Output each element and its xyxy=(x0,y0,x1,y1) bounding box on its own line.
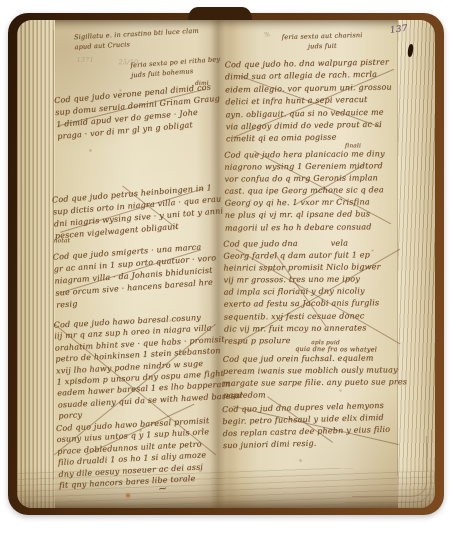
manuscript-photo: Sigillatu e. in crastino bti luce clamap… xyxy=(0,0,450,534)
left-page-header: Sigillatu e. in crastino bti luce clamap… xyxy=(74,27,200,53)
right-page-header: feria sexta aut charisnijuds fuit xyxy=(282,31,363,53)
right-page: % 137 feria sexta aut charisnijuds fuit … xyxy=(220,21,406,483)
manuscript-paragraph: Cod que judo hera planicacio me dinyniag… xyxy=(224,148,385,234)
margin-note: notat xyxy=(54,237,70,245)
manuscript-paragraph: Cod que jud orein fuchsal. equalempeream… xyxy=(223,352,408,402)
left-page-subheader: feria sexta po ei ritha beyjuds fuit boh… xyxy=(130,55,221,81)
folio-number: 137 xyxy=(389,23,408,37)
rust-spot xyxy=(125,493,131,498)
manuscript-paragraph: Cod que judo hawo baresal cosunyiij mr q… xyxy=(53,310,243,422)
manuscript-paragraph: Cod quo jud dna dupres vela hemyonsbegir… xyxy=(222,400,391,453)
left-page: Sigillatu e. in crastino bti luce clamap… xyxy=(46,23,224,491)
faint-mark: % xyxy=(264,31,270,41)
ink-squiggle: ~ xyxy=(157,481,168,495)
faint-date-note: 1371 xyxy=(76,56,94,66)
manuscript-paragraph: Cod quo judo hawo baresal promisitosuny … xyxy=(56,415,213,491)
parchment-specks xyxy=(0,0,1,1)
